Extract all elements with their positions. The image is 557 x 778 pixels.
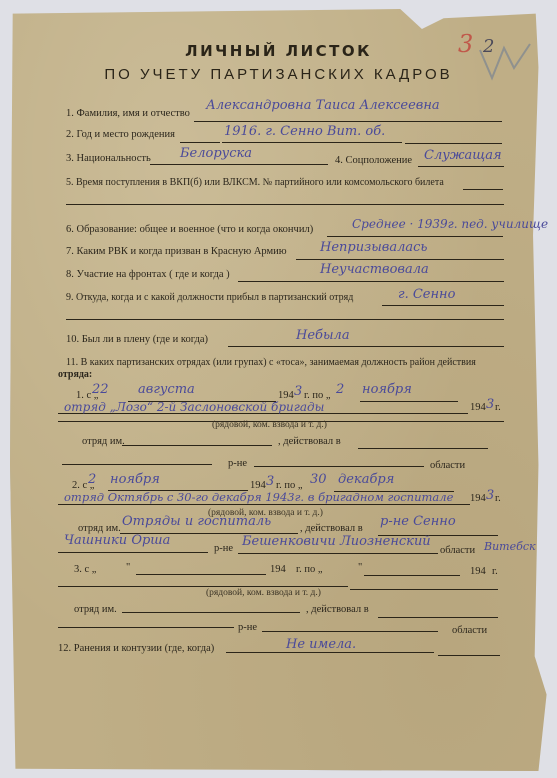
label-units-2: отряда:	[58, 369, 92, 380]
entry1-from-year-digit: 3	[294, 384, 302, 399]
entry1-to-day: 2	[336, 382, 344, 397]
entry1-region-label: области	[430, 460, 465, 471]
entry1-to-month: ноября	[362, 382, 412, 397]
entry3-region-label: области	[452, 625, 487, 636]
entry2-unit: Отряды и госпиталь	[122, 514, 271, 529]
value-full-name: Александровна Таиса Алексеевна	[206, 98, 440, 113]
entry1-unit-label: отряд им.	[82, 436, 125, 447]
entry3-district-label: р-не	[238, 622, 257, 633]
label-full-name: 1. Фамилия, имя и отчество	[66, 108, 190, 119]
value-education: Среднее · 1939г. пед. училище	[352, 217, 548, 231]
entry3-year-suffix: г.	[492, 566, 498, 577]
label-fronts: 8. Участие на фронтах ( где и когда )	[66, 269, 230, 280]
entry2-acted: р-не Сенно	[380, 514, 456, 529]
entry2-region-label: области	[440, 545, 475, 556]
entry3-to-year: 194	[470, 566, 486, 577]
entry2-to-year: 194	[470, 493, 486, 504]
entry1-district-label: р-не	[228, 458, 247, 469]
entry1-position-hint: (рядовой, ком. взвода и т. д.)	[212, 420, 327, 430]
entry1-acted-label: , действовал в	[278, 436, 341, 447]
entry2-position: отряд Октябрь с 30-го декабря 1943г. в б…	[64, 490, 453, 504]
value-captivity: Небыла	[296, 328, 350, 343]
value-nationality: Белоруска	[180, 146, 252, 161]
entry2-to-day: 30	[310, 472, 327, 487]
label-captivity: 10. Был ли в плену (где и когда)	[66, 334, 208, 345]
entry1-from-day: 22	[92, 382, 109, 397]
entry2-year-suffix: г.	[495, 493, 501, 504]
entry2-district-label: р-не	[214, 543, 233, 554]
entry1-position: отряд „Лозо“ 2-й Заслоновской бригады	[64, 400, 324, 414]
entry3-unit-label: отряд им.	[74, 604, 117, 615]
entry1-year-suffix: г.	[495, 402, 501, 413]
value-arrival: г. Сенно	[398, 287, 455, 302]
entry2-acted-2: Чашники Орша	[64, 533, 170, 548]
label-arrival: 9. Откуда, когда и с какой должности при…	[66, 292, 353, 303]
value-wounds: Не имела.	[286, 637, 356, 652]
entry1-to-year-digit: 3	[486, 397, 494, 412]
entry2-from-year-digit: 3	[266, 474, 274, 489]
label-birth: 2. Год и место рождения	[66, 129, 175, 140]
entry2-acted-label: , действовал в	[300, 523, 363, 534]
value-army: Непризывалась	[320, 240, 427, 255]
label-units: 11. В каких партизанских отрядах (или гр…	[66, 357, 476, 368]
entry3-from-year: 194	[270, 564, 286, 575]
entry2-to-month: декабря	[338, 472, 394, 487]
entry2-to-year-digit: 3	[486, 488, 494, 503]
document-title: ЛИЧНЫЙ ЛИСТОК	[0, 42, 557, 60]
label-wounds: 12. Ранения и контузии (где, когда)	[58, 643, 214, 654]
entry3-num: 3. с „	[74, 564, 96, 575]
entry3-position-hint: (рядовой, ком. взвода и т. д.)	[206, 588, 321, 598]
label-party: 5. Время поступления в ВКП(б) или ВЛКСМ.…	[66, 177, 444, 188]
label-education: 6. Образование: общее и военное (что и к…	[66, 224, 313, 235]
entry2-district: Бешенковичи Лиозненский	[242, 534, 431, 549]
entry2-from-day: 2	[88, 472, 96, 487]
entry3-acted-label: , действовал в	[306, 604, 369, 615]
label-army: 7. Каким РВК и когда призван в Красную А…	[66, 246, 287, 257]
entry1-to-year: 194	[470, 402, 486, 413]
label-social-status: 4. Соцположение	[335, 155, 412, 166]
value-social-status: Служащая	[424, 148, 502, 163]
document-subtitle: ПО УЧЕТУ ПАРТИЗАНСКИХ КАДРОВ	[0, 66, 557, 83]
value-birth: 1916. г. Сенно Вит. об.	[224, 124, 385, 139]
label-nationality: 3. Национальность	[66, 153, 151, 164]
value-fronts: Неучаствовала	[320, 262, 429, 277]
entry1-from-month: августа	[138, 382, 195, 397]
entry2-region: Витебск	[484, 540, 536, 553]
entry2-from-month: ноября	[110, 472, 160, 487]
entry3-to-prefix: г. по „	[296, 564, 323, 575]
